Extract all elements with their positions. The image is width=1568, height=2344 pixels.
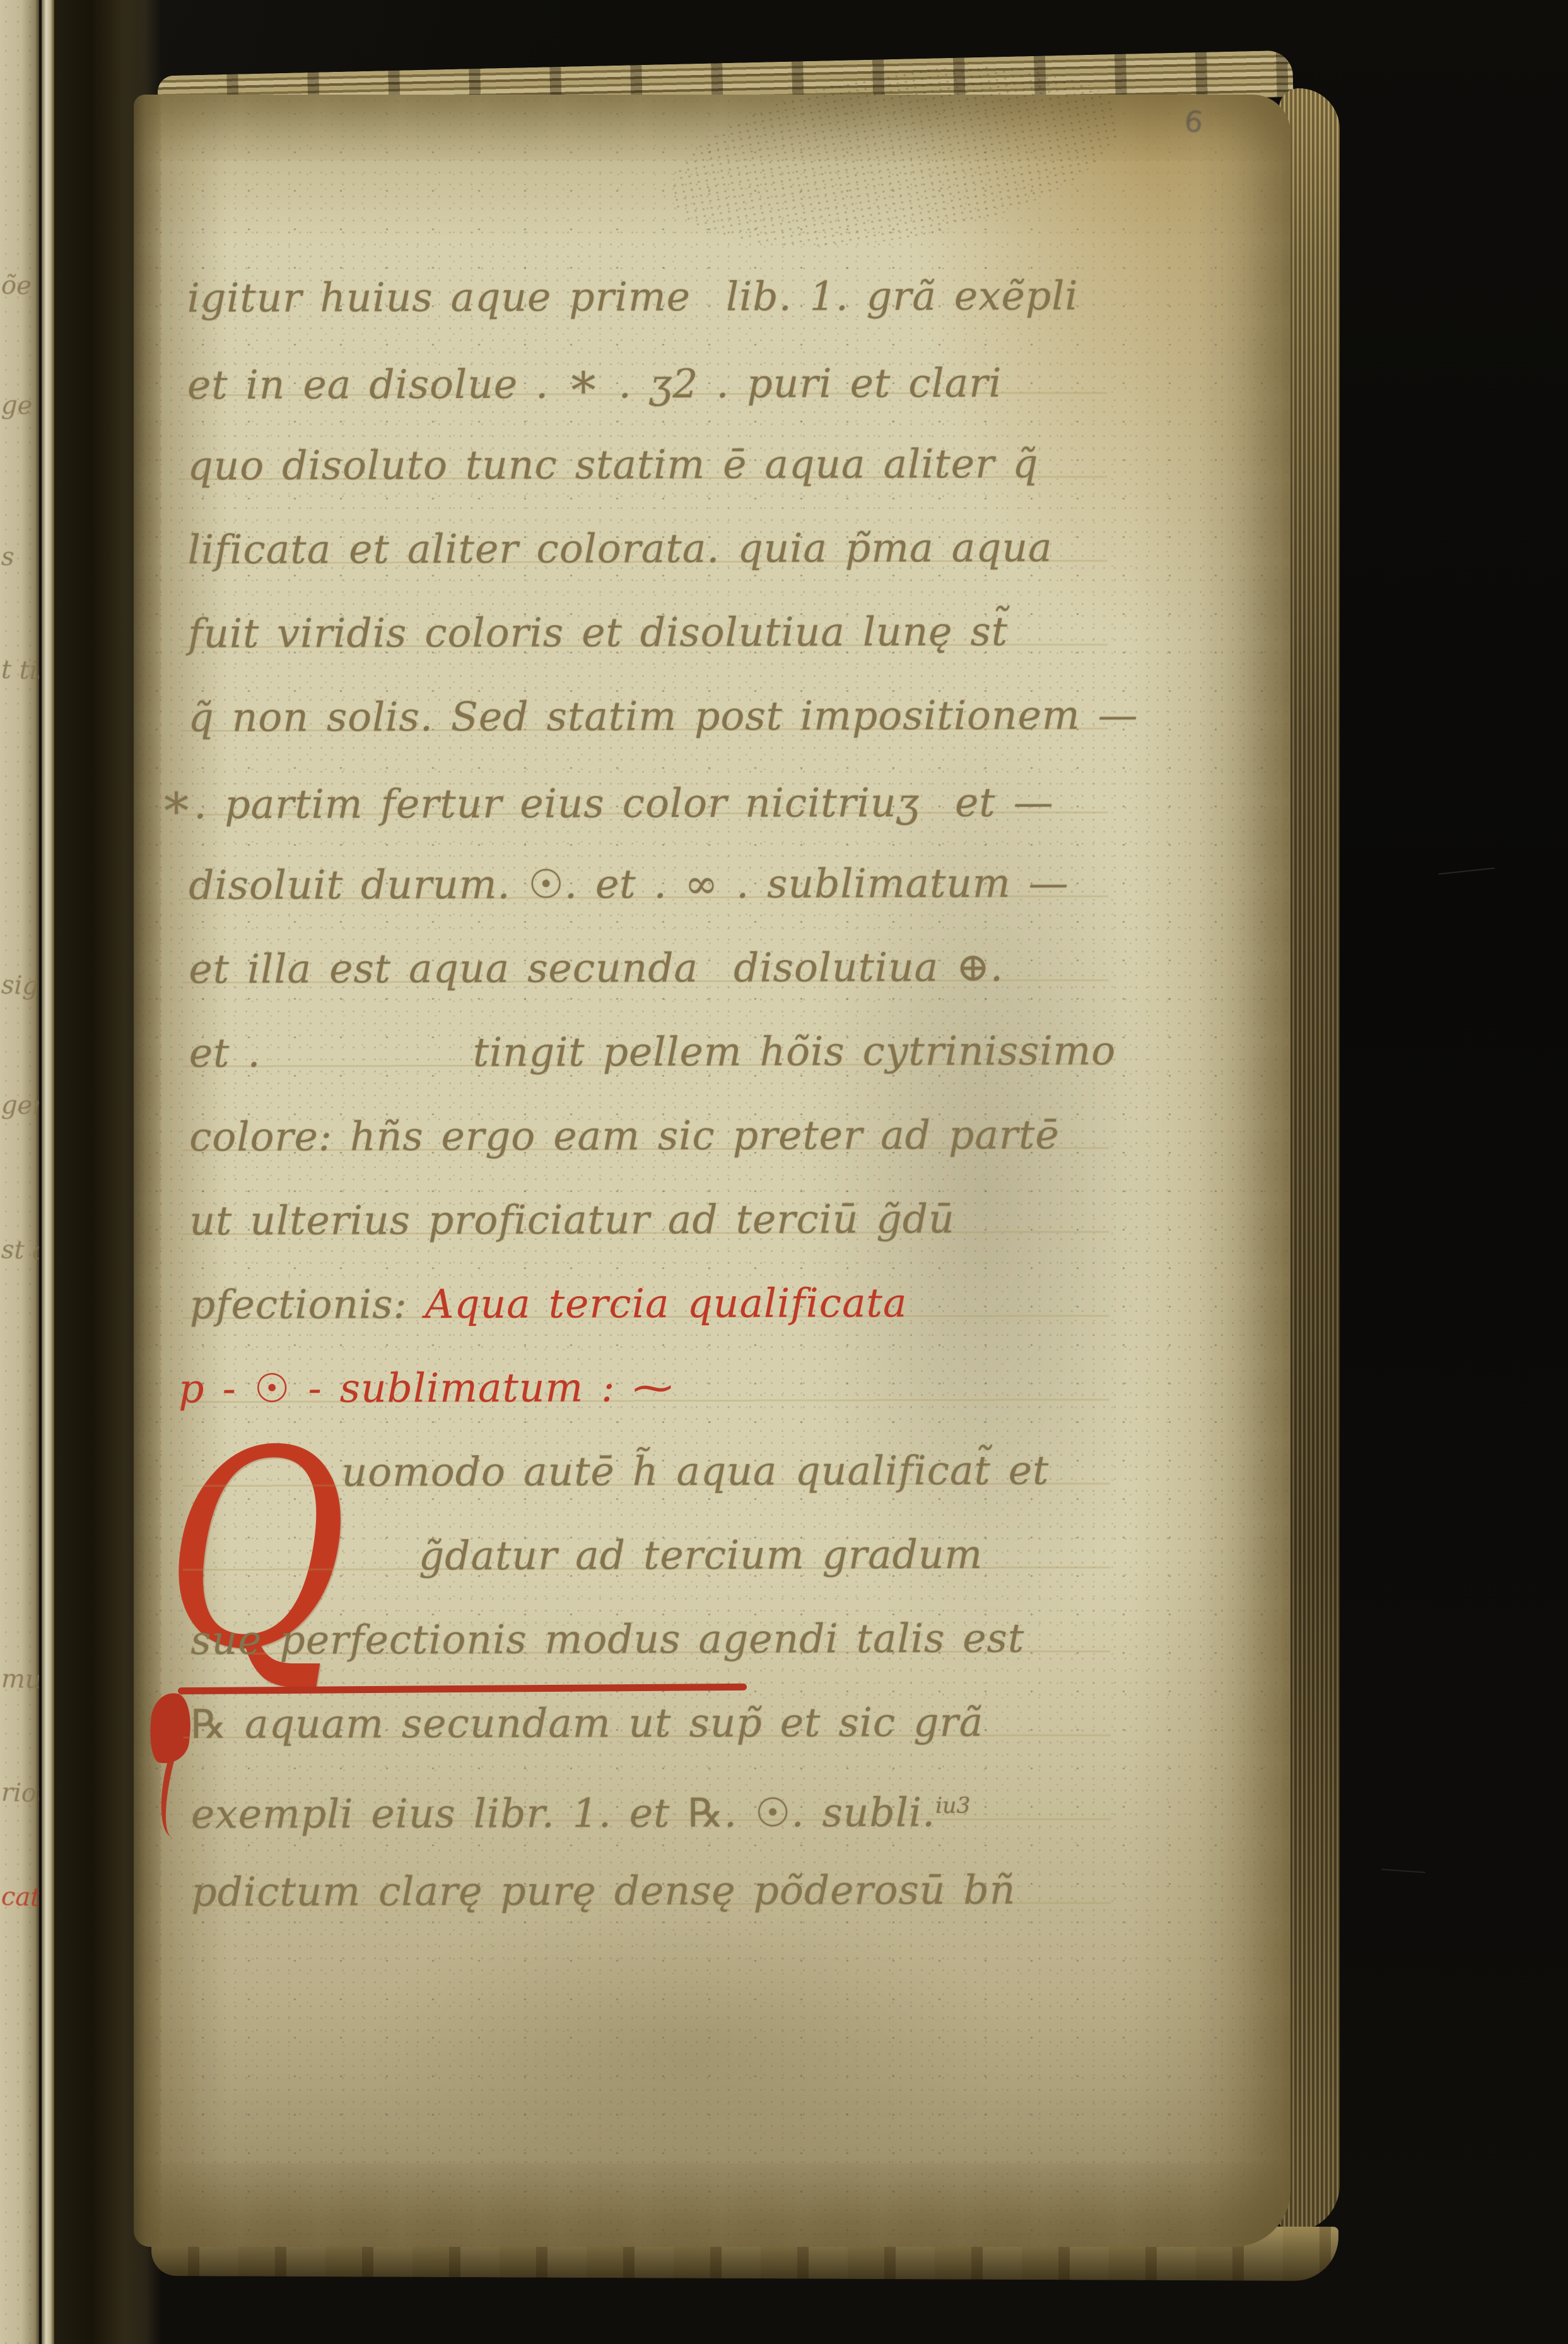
manuscript-line: quo disoluto tunc statim ē aqua aliter q… [187, 421, 1196, 508]
facing-page-text-fragment: t tis [1, 655, 39, 686]
facing-page-text-fragment: õe [1, 271, 32, 300]
manuscript-line: pdictum clarę purę densę põderosū bñ [191, 1848, 1200, 1934]
manuscript-line: q̃ non solis. Sed statim post imposition… [188, 673, 1197, 759]
manuscript-line: ∗. partim fertur eius color nicitriuʒ et… [160, 757, 1198, 843]
scratch-mark [1381, 1869, 1425, 1873]
line-text: fuit viridis coloris et disolutiua lunę … [188, 609, 1008, 657]
manuscript-line: g̃datur ad tercium gradum [190, 1512, 1200, 1598]
facing-page-text-fragment: st aqu [1, 1235, 39, 1266]
line-text: igitur huius aque prime lib. 1. grã exẽp… [187, 272, 1079, 321]
star-symbol: ∗ [160, 772, 194, 830]
superscript-note: iu3 [935, 1793, 971, 1819]
line-text: et . tingit pellem hõis cytrinissimo [189, 1028, 1116, 1076]
line-text: exempli eius libr. 1. et ℞. ☉. subli. [191, 1790, 935, 1837]
rubric-text: Aqua tercia qualificata [425, 1280, 908, 1327]
facing-page-text-fragment: s [1, 542, 15, 572]
facing-page-text-fragment: riou [1, 1778, 39, 1808]
manuscript-line: et in ea disolue . ∗ . ʒ2 . puri et clar… [187, 337, 1196, 424]
line-text: pfectionis: [190, 1281, 425, 1328]
facing-page-rubric-fragment: cate [1, 1882, 39, 1913]
line-text: . partim fertur eius color nicitriuʒ et … [194, 780, 1054, 828]
facing-page-text-fragment: gem [1, 1091, 39, 1121]
manuscript-line: fuit viridis coloris et disolutiua lunę … [188, 589, 1197, 676]
line-text: ut ulterius proficiatur ad terciū g̃dū [189, 1196, 954, 1244]
line-text: et illa est aqua secunda disolutiua ⊕. [189, 944, 1003, 992]
manuscript-line: et illa est aqua secunda disolutiua ⊕. [189, 925, 1198, 1011]
manuscript-line: et . tingit pellem hõis cytrinissimo [189, 1009, 1198, 1095]
line-text: sue perfectionis modus agendi talis est [190, 1615, 1024, 1663]
manuscript-line: sue perfectionis modus agendi talis est [190, 1596, 1200, 1682]
manuscript-line: ℞ aquam secundam ut sup̃ et sic grã [190, 1680, 1200, 1766]
facing-page-text-fragment: sigia [1, 971, 39, 1001]
gutter-shadow [54, 0, 161, 2344]
manuscript-line: igitur huius aque prime lib. 1. grã exẽp… [187, 254, 1196, 340]
line-text: q̃ non solis. Sed statim post imposition… [188, 692, 1138, 741]
facing-page-sliver: õe ge s t tis sigia gem st aqu muid riou… [0, 0, 39, 2344]
line-text: colore: hñs ergo eam sic preter ad partē [189, 1111, 1060, 1160]
manuscript-photo: õe ge s t tis sigia gem st aqu muid riou… [0, 0, 1568, 2344]
manuscript-line: p - ☉ - sublimatum : ⁓ [178, 1344, 1199, 1431]
manuscript-line: disoluit durum. ☉. et . ∞ . sublimatum — [189, 841, 1198, 927]
manuscript-line: lificata et aliter colorata. quia p̃ma a… [188, 505, 1197, 592]
line-text: g̃datur ad tercium gradum [419, 1532, 983, 1579]
manuscript-line: exempli eius libr. 1. et ℞. ☉. subli.iu3 [191, 1764, 1200, 1850]
text-block: igitur huius aque prime lib. 1. grã exẽp… [187, 254, 1201, 1934]
line-text: . ʒ2 . puri et clari [601, 360, 1002, 407]
page-edge-rod [42, 0, 54, 2344]
line-text: ℞ aquam secundam ut sup̃ et sic grã [191, 1699, 984, 1747]
line-text: et in ea disolue . [187, 361, 566, 409]
line-text: lificata et aliter colorata. quia p̃ma a… [188, 525, 1053, 573]
manuscript-line: pfectionis: Aqua tercia qualificata [190, 1260, 1199, 1347]
scratch-mark [1438, 867, 1495, 874]
rubric-text: p - ☉ - sublimatum : ⁓ [178, 1364, 673, 1412]
facing-page-text-fragment: ge [1, 390, 32, 420]
facing-page-text-fragment: muid [1, 1665, 39, 1696]
line-text: pdictum clarę purę densę põderosū bñ [191, 1867, 1015, 1915]
line-text: quo disoluto tunc statim ē aqua aliter q… [187, 441, 1038, 489]
manuscript-line: uomodo autē h̃ aqua qualificat̃ et [190, 1428, 1199, 1515]
manuscript-line: colore: hñs ergo eam sic preter ad partē [189, 1093, 1198, 1179]
line-text: uomodo autē h̃ aqua qualificat̃ et [341, 1448, 1049, 1496]
manuscript-line: ut ulterius proficiatur ad terciū g̃dū [189, 1176, 1198, 1263]
line-text: disoluit durum. ☉. et . ∞ . sublimatum — [189, 860, 1069, 908]
star-symbol: ∗ [566, 351, 601, 409]
